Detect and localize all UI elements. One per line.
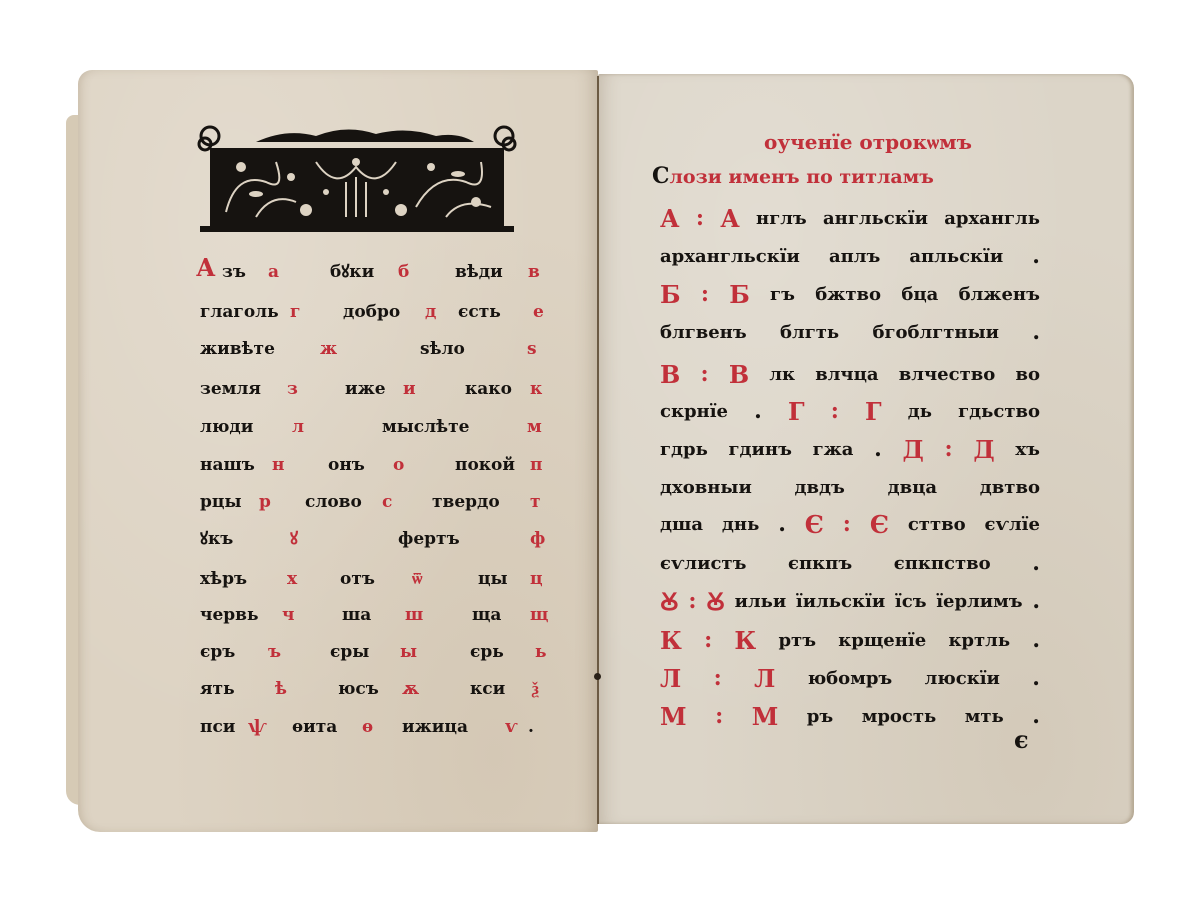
alphabet-row: живѣтежѕѣлоѕ	[0, 337, 600, 369]
colon-separator: :	[843, 511, 851, 537]
letter-glyph: ѱ	[248, 715, 267, 739]
period: .	[778, 511, 786, 537]
abbreviated-word: єпкпство	[894, 553, 991, 574]
abbreviated-word: бгоблгтныи	[872, 322, 999, 343]
red-initial: Б	[729, 280, 750, 309]
abbreviated-word: бжтво	[815, 284, 881, 305]
letter-glyph: ѵ	[505, 715, 518, 739]
letter-name: добро	[343, 300, 400, 324]
alphabet-row: землязижеикакок	[0, 377, 600, 409]
red-initial: В	[660, 360, 680, 389]
red-initial: Ꙋ	[706, 585, 725, 618]
letter-name: кси	[470, 677, 505, 701]
abbreviated-word: блгть	[780, 322, 839, 343]
alphabet-row: Азъабꙋкибвѣдив	[0, 260, 600, 292]
abbreviated-word: лк	[769, 364, 795, 385]
red-initial: А	[720, 204, 740, 233]
text-line: К:Кртъкрщенїекртль.	[660, 622, 1040, 658]
abbreviated-word: блгвенъ	[660, 322, 747, 343]
abbreviated-word: гдрь	[660, 439, 708, 460]
colon-separator: :	[704, 627, 712, 653]
letter-name: живѣте	[200, 337, 275, 361]
abbreviated-word: ръ	[807, 706, 833, 727]
colon-separator: :	[714, 665, 722, 691]
letter-name: юсъ	[338, 677, 379, 701]
abbreviated-word: влчество	[899, 364, 995, 385]
letter-name: люди	[200, 415, 253, 439]
abbreviated-word: їерлимъ	[936, 591, 1022, 612]
letter-name: цы	[478, 567, 508, 591]
letter-glyph: з	[287, 377, 298, 401]
colon-separator: :	[831, 398, 839, 424]
letter-name: твердо	[432, 490, 500, 514]
abbreviated-word: бца	[901, 284, 938, 305]
letter-glyph: с	[382, 490, 392, 514]
letter-name: земля	[200, 377, 261, 401]
abbreviated-word: дховныи	[660, 477, 752, 498]
period: .	[1032, 703, 1040, 729]
text-line: Б:Бгъбжтвобцаблженъ	[660, 276, 1040, 312]
abbreviated-word: юбомръ	[808, 668, 893, 689]
red-initial: К	[660, 626, 682, 655]
abbreviated-word: двца	[888, 477, 937, 498]
period: .	[1032, 665, 1040, 691]
abbreviated-word: ртъ	[778, 630, 816, 651]
text-line: Ꙋ:Ꙋильиїильскїиїсъїерлимъ.	[660, 583, 1040, 619]
red-initial: М	[660, 702, 687, 731]
colon-separator: :	[715, 703, 723, 729]
alphabet-row: псиѱѳитаѳижицаѵ.	[0, 715, 600, 747]
letter-name: ща	[472, 603, 501, 627]
letter-name: фертъ	[398, 527, 460, 551]
alphabet-row: рцырсловоствердот	[0, 490, 600, 522]
letter-glyph: р	[259, 490, 271, 514]
abbreviated-word: єпкпъ	[788, 553, 852, 574]
letter-glyph: л	[292, 415, 304, 439]
abbreviated-word: англьскїи	[823, 208, 928, 229]
letter-name: иже	[345, 377, 386, 401]
subtitle-text: лози именъ по титламъ	[670, 166, 934, 188]
abbreviated-word: хъ	[1015, 439, 1040, 460]
abbreviated-word: їсъ	[895, 591, 927, 612]
letter-name: ѳита	[292, 715, 337, 739]
letter-name: єры	[330, 640, 369, 664]
text-line: архангльскїиаплъапльскїи.	[660, 238, 1040, 274]
letter-name: глаголь	[200, 300, 279, 324]
abbreviated-word: апльскїи	[909, 246, 1003, 267]
letter-glyph: ы	[400, 640, 417, 664]
letter-glyph: ѯ	[532, 677, 539, 701]
text-line: В:Влквлчцавлчествово	[660, 356, 1040, 392]
page-subtitle: Слози именъ по титламъ	[652, 163, 1132, 189]
letter-name: ижица	[402, 715, 468, 739]
colon-separator: :	[696, 205, 704, 231]
abbreviated-word: гдинъ	[729, 439, 792, 460]
letter-name: червь	[200, 603, 259, 627]
red-initial: Д	[903, 435, 924, 464]
abbreviated-word: во	[1015, 364, 1040, 385]
abbreviated-word: аплъ	[829, 246, 880, 267]
letter-name: ꙋкъ	[200, 527, 233, 551]
period: .	[1032, 243, 1040, 269]
abbreviated-word: ильи	[735, 591, 787, 612]
letter-glyph: и	[403, 377, 416, 401]
text-line: гдрьгдинъгжа.Д:Дхъ	[660, 431, 1040, 467]
letter-glyph: ь	[535, 640, 547, 664]
letter-name: покой	[455, 453, 515, 477]
letter-glyph: ъ	[268, 640, 281, 664]
letter-name: отъ	[340, 567, 375, 591]
letter-name: како	[465, 377, 512, 401]
red-initial: Л	[754, 664, 775, 693]
letter-glyph: а	[268, 260, 279, 284]
alphabet-row: глагольгдобродєстье	[0, 300, 600, 332]
abbreviated-word: днь	[722, 514, 759, 535]
catchword: є	[1014, 725, 1029, 754]
abbreviated-word: двдъ	[795, 477, 845, 498]
period: .	[1032, 627, 1040, 653]
text-line: М:Мръмростьмть.	[660, 698, 1040, 734]
letter-name: єръ	[200, 640, 235, 664]
letter-glyph: ч	[282, 603, 294, 627]
abbreviated-word: гдьство	[958, 401, 1040, 422]
letter-name: бꙋки	[330, 260, 374, 284]
letter-glyph: ж	[320, 337, 337, 361]
red-initial: В	[729, 360, 749, 389]
abbreviated-word: архангль	[944, 208, 1040, 229]
red-initial: Г	[788, 397, 805, 426]
colon-separator: :	[701, 281, 709, 307]
letter-name: слово	[305, 490, 362, 514]
letter-glyph: щ	[530, 603, 548, 627]
letter-glyph: г	[290, 300, 300, 324]
abbreviated-word: єѵлїе	[985, 514, 1040, 535]
period: .	[1032, 588, 1040, 614]
letter-name: єсть	[458, 300, 501, 324]
alphabet-row: нашънонъопокойп	[0, 453, 600, 485]
letter-name: вѣди	[455, 260, 503, 284]
letter-glyph: ф	[530, 527, 545, 551]
red-initial: Ꙋ	[660, 585, 679, 618]
letter-glyph: х	[287, 567, 297, 591]
letter-name: онъ	[328, 453, 365, 477]
period: .	[874, 436, 882, 462]
red-initial: Д	[973, 435, 994, 464]
letter-glyph: е	[533, 300, 544, 324]
red-initial: А	[660, 204, 680, 233]
red-initial: Б	[660, 280, 681, 309]
letter-glyph: п	[530, 453, 542, 477]
abbreviated-word: влчца	[815, 364, 878, 385]
text-line: дшаднь.Є:Єсттвоєѵлїе	[660, 506, 1040, 542]
text-line: дховныидвдъдвцадвтво	[660, 469, 1040, 505]
letter-glyph: к	[530, 377, 542, 401]
abbreviated-word: архангльскїи	[660, 246, 800, 267]
abbreviated-word: єѵлистъ	[660, 553, 746, 574]
letter-name: єрь	[470, 640, 504, 664]
letter-glyph: ш	[405, 603, 423, 627]
alphabet-row: хѣръхотъѿцыц	[0, 567, 600, 599]
page-title: оученїе отрокѡмъ	[600, 130, 1136, 155]
abbreviated-word: нглъ	[756, 208, 807, 229]
period: .	[1032, 550, 1040, 576]
letter-glyph: ѳ	[362, 715, 373, 739]
red-initial: Є	[805, 510, 824, 539]
letter-glyph: А	[196, 256, 216, 280]
ornament-headpiece-icon	[196, 122, 518, 234]
letter-glyph: н	[272, 453, 284, 477]
book-gutter	[597, 76, 599, 824]
letter-glyph: ѫ	[402, 677, 419, 701]
letter-glyph: в	[528, 260, 540, 284]
letter-name: ѕѣло	[420, 337, 465, 361]
colon-separator: :	[701, 361, 709, 387]
abbreviated-word: кртль	[948, 630, 1010, 651]
red-initial: М	[752, 702, 779, 731]
letter-name: мыслѣте	[382, 415, 469, 439]
letter-glyph: ѕ	[527, 337, 537, 361]
abbreviated-word: гъ	[770, 284, 795, 305]
red-initial: К	[734, 626, 756, 655]
text-line: скрнїе.Г:Гдьгдьство	[660, 393, 1040, 429]
letter-name: рцы	[200, 490, 242, 514]
colon-separator: :	[688, 588, 696, 614]
abbreviated-word: дша	[660, 514, 703, 535]
alphabet-row: червьчшашщащ	[0, 603, 600, 635]
letter-name: ша	[342, 603, 371, 627]
letter-name: нашъ	[200, 453, 255, 477]
letter-glyph: ц	[530, 567, 543, 591]
letter-glyph: б	[398, 260, 409, 284]
letter-name: хѣръ	[200, 567, 247, 591]
letter-name: пси	[200, 715, 235, 739]
abbreviated-word: блженъ	[959, 284, 1040, 305]
period: .	[1032, 319, 1040, 345]
alphabet-row: ꙋкъꙋфертъф	[0, 527, 600, 559]
abbreviated-word: крщенїе	[838, 630, 926, 651]
letter-glyph: о	[393, 453, 404, 477]
red-initial: Є	[870, 510, 889, 539]
alphabet-row: людилмыслѣтем	[0, 415, 600, 447]
abbreviated-word: дь	[908, 401, 932, 422]
letter-glyph: ꙋ	[290, 527, 298, 551]
red-initial: Г	[865, 397, 882, 426]
letter-glyph: м	[527, 415, 542, 439]
subtitle-initial: С	[652, 163, 670, 189]
alphabet-row: єръъєрыыєрьь	[0, 640, 600, 672]
alphabet-row: ятьѣюсъѫксиѯ	[0, 677, 600, 709]
text-line: блгвенъблгтьбгоблгтныи.	[660, 314, 1040, 350]
abbreviated-word: мрость	[862, 706, 937, 727]
letter-name: ять	[200, 677, 235, 701]
letter-glyph: д	[425, 300, 436, 324]
abbreviated-word: їильскїи	[796, 591, 885, 612]
abbreviated-word: люскїи	[925, 668, 1000, 689]
abbreviated-word: мть	[965, 706, 1004, 727]
period: .	[754, 398, 762, 424]
text-line: єѵлистъєпкпъєпкпство.	[660, 545, 1040, 581]
letter-glyph: ѿ	[412, 567, 423, 591]
colon-separator: :	[945, 436, 953, 462]
text-line: Л:Любомрълюскїи.	[660, 660, 1040, 696]
abbreviated-word: скрнїе	[660, 401, 728, 422]
abbreviated-word: сттво	[908, 514, 966, 535]
letter-name: зъ	[222, 260, 246, 284]
red-initial: Л	[660, 664, 681, 693]
open-book: Азъабꙋкибвѣдивглагольгдобродєстьеживѣтеж…	[0, 0, 1200, 900]
abbreviated-word: двтво	[980, 477, 1040, 498]
abbreviated-word: гжа	[813, 439, 854, 460]
text-line: А:Англъангльскїиархангль	[660, 200, 1040, 236]
letter-glyph: т	[530, 490, 541, 514]
letter-glyph: ѣ	[275, 677, 287, 701]
letter-name: .	[528, 715, 534, 739]
